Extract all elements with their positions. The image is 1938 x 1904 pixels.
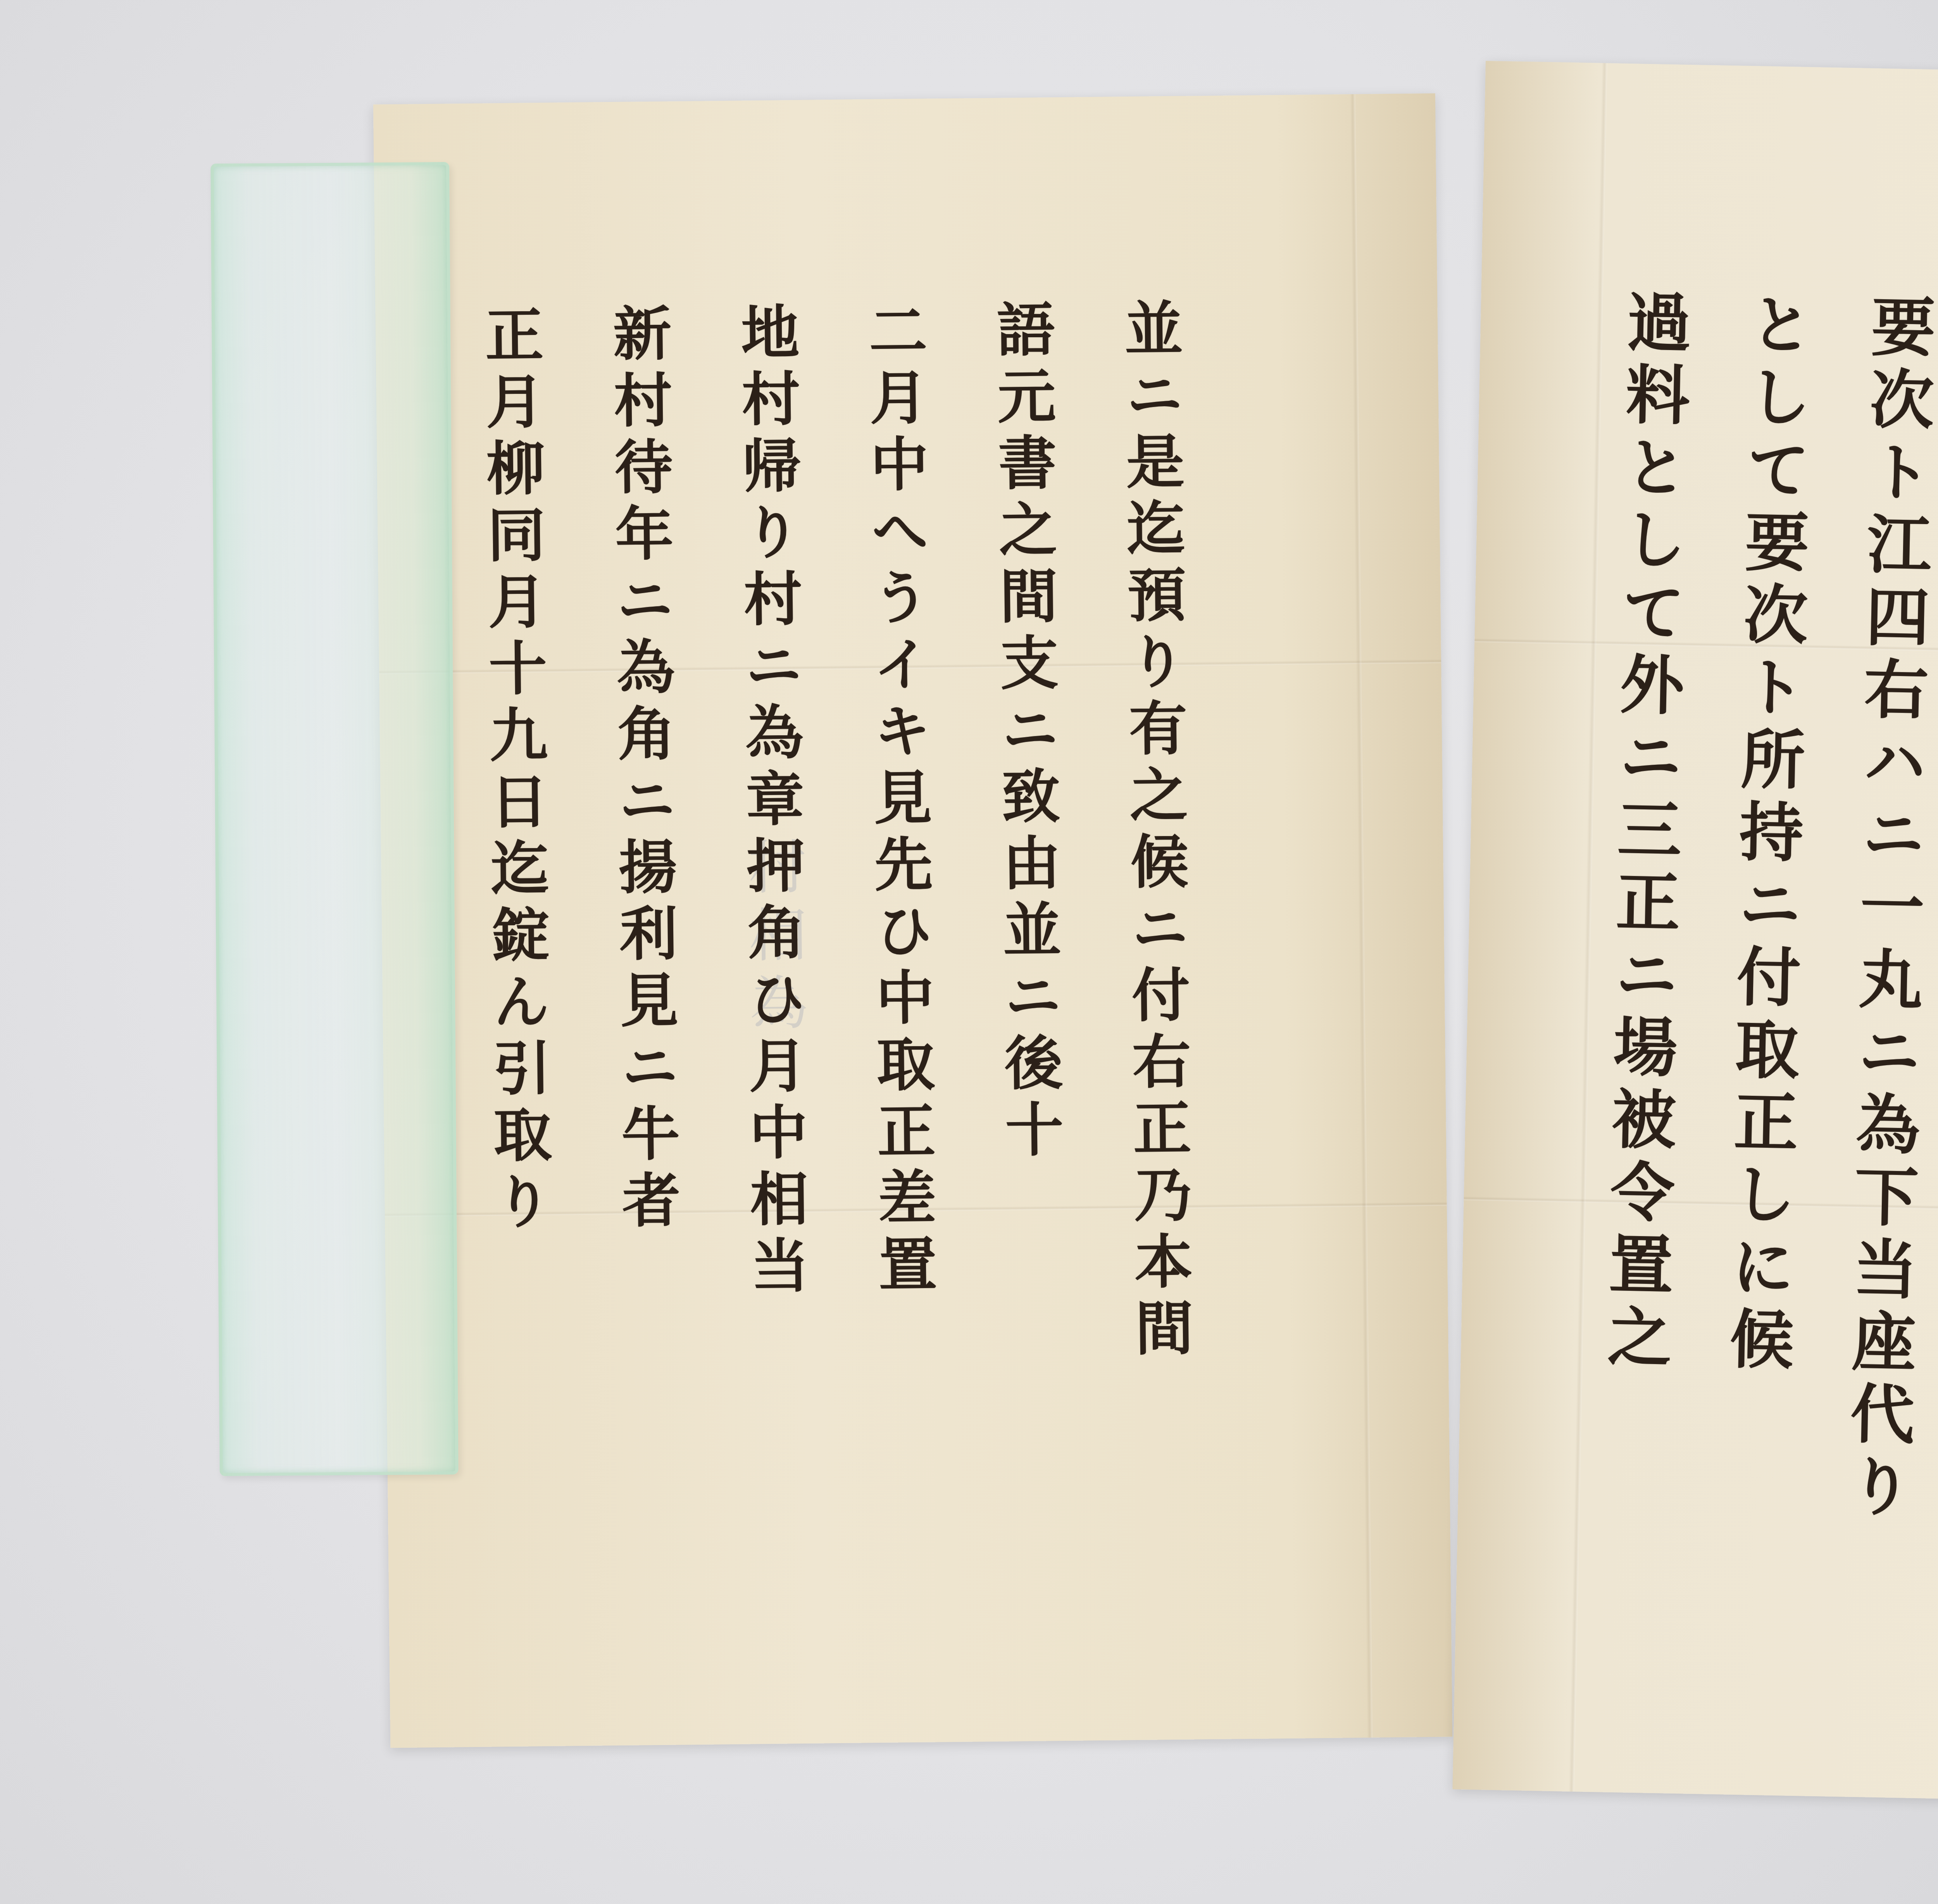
text-column: として要次ト所持ニ付取正しに候 [1700,290,1809,1524]
text-column: 地村帰り村ニ為章押角ひ月中相当 [712,302,805,1369]
glass-weight-left [210,162,459,1476]
text-column: 二月中へうイキ見先ひ中取正差置 [840,300,933,1368]
right-page: 状大依 庶ぶさへうイキ所持ニ預ケ置ニ付 手鎖并掛置手錠ん引連れ候 へうイキ所持ニ… [1452,61,1938,1807]
vertical-fold-crease [1350,94,1372,1738]
text-column: 正月柳同月十九日迄錠ん引取り [457,304,549,1372]
right-page-text: 庶ぶさへうイキ所持ニ預ケ置ニ付 手鎖并掛置手錠ん引連れ候 へうイキ所持ニ付外ニ取… [1578,288,1938,1533]
text-column: 並ニ是迄預り有之候ニ付右正乃本間 [1096,298,1189,1365]
left-page: 村相為 並ニ是迄預り有之候ニ付右正乃本間 語元書之間支ニ致由並ニ後十 二月中へう… [373,93,1452,1748]
left-page-text: 並ニ是迄預り有之候ニ付右正乃本間 語元書之間支ニ致由並ニ後十 二月中へうイキ見先… [457,298,1189,1372]
text-column: 要次ト江四右ハニ一丸ニ為下当座代り [1822,293,1931,1526]
text-column: 新村待年ニ為角ニ揚利見ニ牛者 [585,303,677,1371]
text-column: 語元書之間支ニ致由並ニ後十 [968,299,1061,1366]
